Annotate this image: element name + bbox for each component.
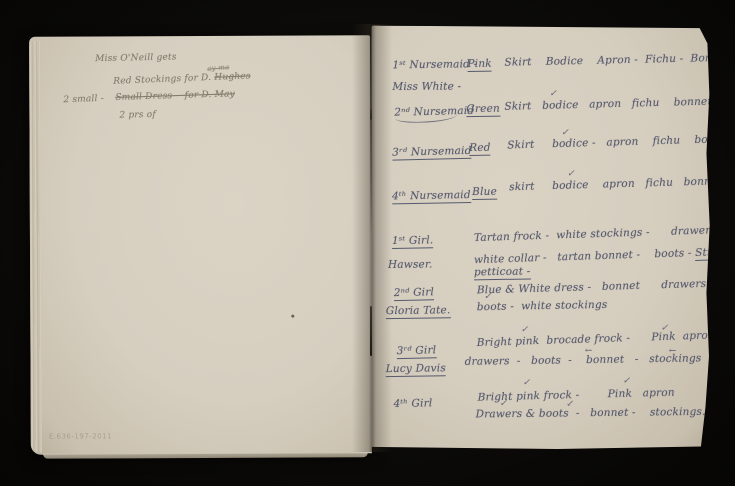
girl2-label-text: 2ⁿᵈ Girl bbox=[394, 286, 435, 300]
girl1-items-line2-end: Stiff bbox=[695, 246, 719, 260]
girl2-actor-text: Gloria Tate. bbox=[386, 304, 451, 318]
nursemaid4-label: 4ᵗʰ Nursemaid bbox=[392, 189, 471, 202]
girl3-items-line2: drawers - boots - bonnet - stockings bbox=[465, 352, 702, 368]
nursemaid3-colour: Red bbox=[469, 142, 491, 154]
page-bottom-stack bbox=[43, 452, 368, 458]
nursemaid1-colour: Pink bbox=[467, 58, 492, 70]
binding-stitch bbox=[370, 306, 372, 356]
flourish-underline bbox=[395, 113, 457, 123]
girl4-items-line2: Drawers & boots - bonnet - stockings. bbox=[475, 406, 705, 421]
check-mark: ✓ bbox=[500, 399, 508, 409]
pencil-scribble-correction: ay ma bbox=[207, 63, 230, 73]
pencil-note-line4: 2 prs of bbox=[119, 110, 156, 121]
check-mark: ✓ bbox=[523, 378, 531, 388]
pencil-note-line2-struck: Hughes bbox=[214, 71, 251, 82]
nursemaid4-colour: Blue bbox=[472, 186, 497, 198]
nursemaid3-label: 3ʳᵈ Nursemaid bbox=[392, 145, 472, 159]
binding-stitch-small bbox=[370, 108, 372, 120]
girl3-items-line1: Bright pink brocade frock - Pink apron bbox=[477, 329, 715, 349]
girl2-items-line2: boots - white stockings bbox=[477, 299, 608, 313]
notebook-photo: Miss O'Neill gets Red Stockings for D. H… bbox=[0, 0, 735, 486]
right-page: 1ˢᵗ Nursemaid - Pink Skirt Bodice Apron … bbox=[370, 26, 711, 450]
nursemaid3-colour-text: Red bbox=[469, 142, 491, 156]
check-mark: ✓ bbox=[561, 128, 569, 138]
museum-number-stamp: E.636-197-2011 bbox=[49, 432, 112, 440]
arrow-mark: ← bbox=[585, 346, 593, 356]
girl2-items-line1: Blue & White dress - bonnet drawers bbox=[477, 278, 707, 297]
girl1-actor: Hawser. bbox=[388, 258, 433, 271]
check-mark: ✓ bbox=[549, 89, 557, 99]
girl3-label-text: 3ʳᵈ Girl bbox=[397, 344, 437, 358]
check-mark: ✓ bbox=[521, 325, 529, 335]
pencil-note-line3-struck: Small Dress - for D. May bbox=[115, 89, 235, 103]
girl4-label: 4ᵗʰ Girl bbox=[393, 397, 432, 410]
pencil-note-line2: Red Stockings for D. Hughes bbox=[113, 71, 251, 86]
girl1-items-line2-text: white collar - tartan bonnet - boots - bbox=[474, 247, 696, 266]
left-page: Miss O'Neill gets Red Stockings for D. H… bbox=[29, 35, 372, 454]
check-mark: ✓ bbox=[567, 169, 575, 179]
nursemaid4-colour-text: Blue bbox=[472, 186, 497, 200]
pencil-note-line1: Miss O'Neill gets bbox=[95, 52, 177, 64]
girl1-items-line3: petticoat - bbox=[474, 265, 531, 278]
girl1-items-line3-text: petticoat - bbox=[474, 265, 531, 279]
nursemaid2-colour: Green bbox=[466, 103, 500, 115]
girl2-actor: Gloria Tate. bbox=[386, 304, 451, 317]
nursemaid1-actor: Miss White - bbox=[392, 80, 464, 92]
ink-speck bbox=[291, 315, 294, 318]
nursemaid3-label-text: 3ʳᵈ Nursemaid bbox=[392, 145, 472, 160]
girl1-label: 1ˢᵗ Girl. bbox=[392, 234, 434, 247]
nursemaid2-colour-text: Green bbox=[466, 103, 500, 117]
arrow-mark: ↙ bbox=[567, 399, 575, 409]
girl3-actor: Lucy Davis bbox=[386, 362, 446, 375]
nursemaid3-items: Skirt bodice - apron fichu bonnet bbox=[507, 133, 733, 151]
girl1-items-line1: Tartan frock - white stockings - drawers bbox=[474, 224, 716, 244]
girl1-label-text: 1ˢᵗ Girl. bbox=[392, 234, 434, 248]
girl3-label: 3ʳᵈ Girl bbox=[397, 344, 437, 357]
girl1-items-line2: white collar - tartan bonnet - boots - S… bbox=[474, 246, 719, 266]
check-mark: ✓ bbox=[484, 292, 492, 302]
pencil-note-line3-prefix: 2 small - bbox=[63, 94, 104, 106]
nursemaid1-items: Skirt Bodice Apron - Fichu - Bonnet bbox=[504, 52, 729, 69]
nursemaid1-colour-text: Pink bbox=[467, 58, 492, 72]
girl2-label: 2ⁿᵈ Girl bbox=[394, 286, 434, 299]
nursemaid2-items: Skirt bodice apron fichu bonnet bbox=[504, 96, 712, 113]
arrow-mark: ← bbox=[669, 346, 677, 356]
check-mark: ✓ bbox=[623, 376, 631, 386]
nursemaid4-label-text: 4ᵗʰ Nursemaid bbox=[392, 189, 471, 204]
girl3-actor-text: Lucy Davis bbox=[386, 362, 446, 376]
nursemaid4-items: skirt bodice apron fichu bonnet bbox=[509, 175, 722, 193]
pencil-note-line2-text: Red Stockings for D. bbox=[113, 73, 214, 87]
page-edge-stack bbox=[29, 41, 42, 453]
check-mark: ✓ bbox=[661, 323, 669, 333]
